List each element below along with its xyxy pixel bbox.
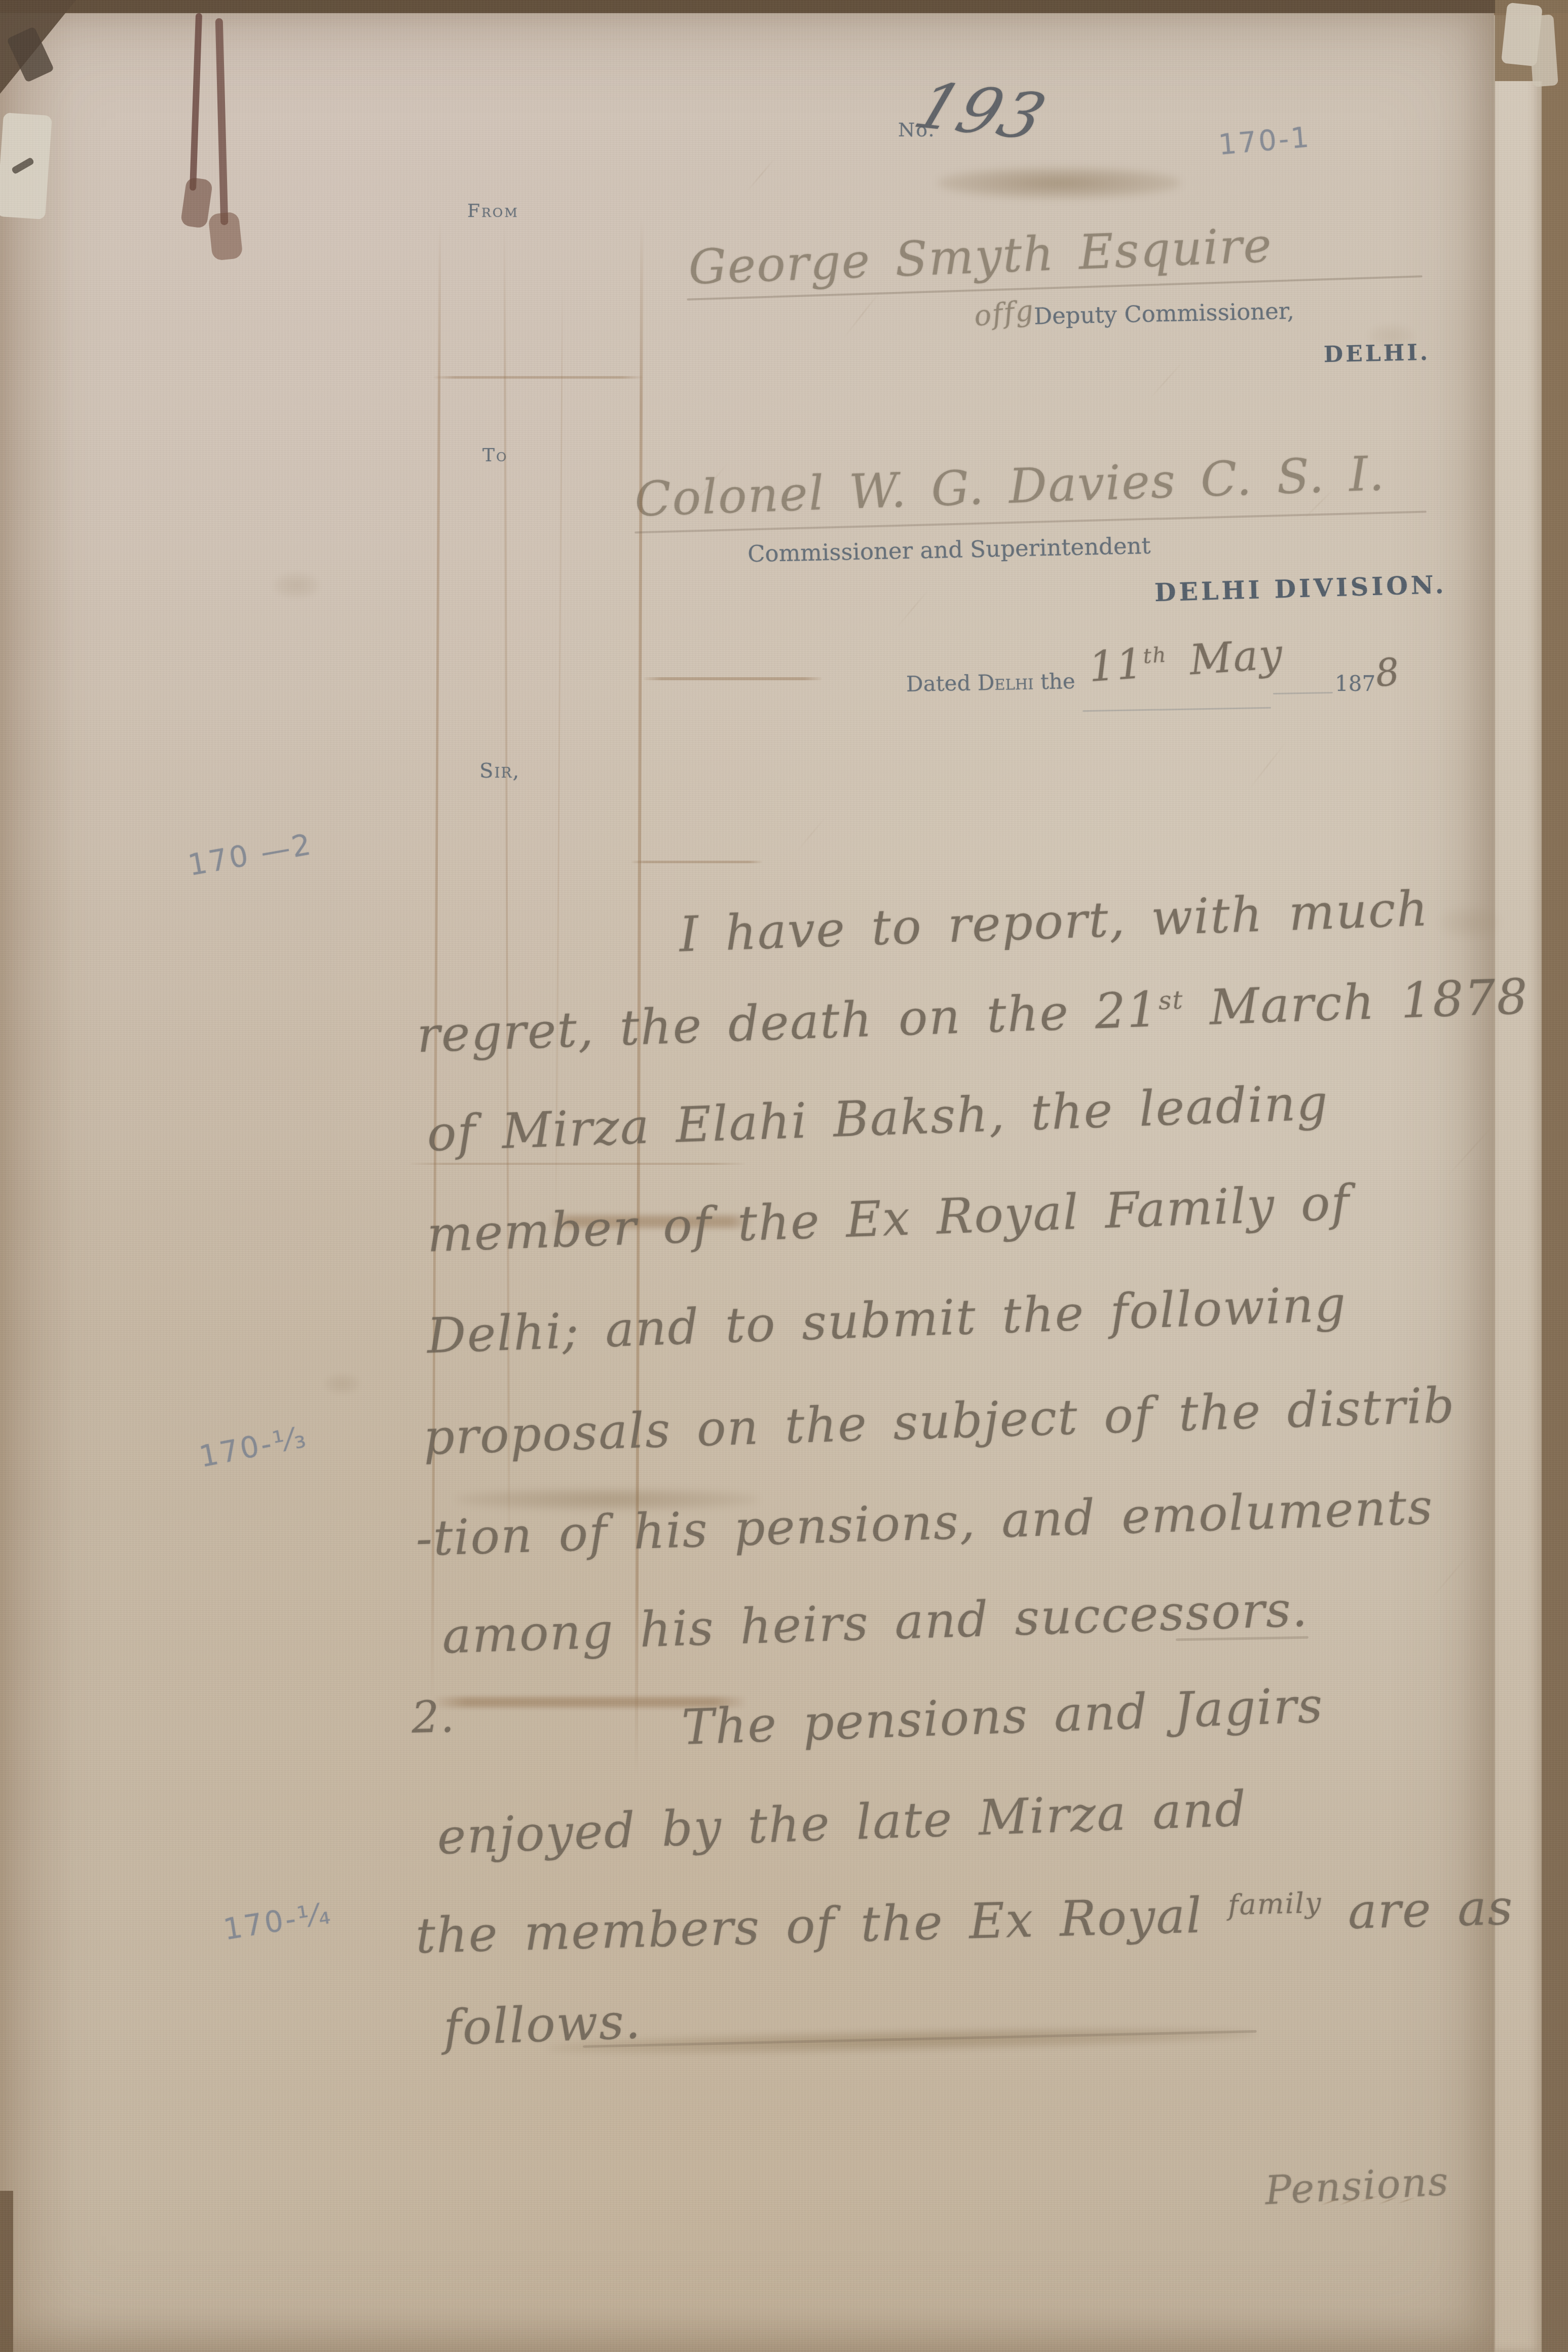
handwritten-line: follows. [442, 1993, 642, 2056]
sender-officiating-insert: offg [973, 294, 1036, 333]
handwritten-text: are as [1322, 1879, 1514, 1941]
handwritten-text: st [1158, 985, 1184, 1015]
handwritten-line: 2. [411, 1692, 456, 1743]
stain [1368, 324, 1414, 348]
stain [324, 1374, 360, 1394]
salutation: Sir, [479, 759, 520, 783]
written-year-digit: 8 [1373, 650, 1403, 696]
handwritten-text: March 1878 [1183, 968, 1529, 1037]
handwritten-text: 2. [411, 1692, 456, 1743]
dated-line: Dated Delhi the [906, 669, 1075, 696]
under-sheet-edge [1494, 15, 1542, 2352]
crease-segment [631, 861, 762, 863]
dated-the: the [1033, 669, 1075, 694]
torn-paper-patch [208, 211, 243, 261]
stain [274, 573, 319, 598]
date-ordinal: th [1142, 642, 1168, 668]
sender-title: Deputy Commissioner, [1034, 298, 1295, 330]
backing-board-top-edge [0, 0, 1568, 13]
crease-segment [644, 677, 822, 680]
date-day: 11 [1087, 640, 1145, 691]
printed-year: 187 [1335, 671, 1375, 696]
dated-place: Delhi [977, 670, 1034, 695]
handwritten-text: follows. [442, 1993, 642, 2056]
catchword: Pensions [1264, 2159, 1450, 2214]
crease-segment [434, 376, 643, 379]
handwritten-text: family [1227, 1887, 1322, 1922]
document-scan: No. 193 From George Smyth Esquire offg D… [0, 0, 1568, 2352]
letter-number: 193 [906, 68, 1056, 154]
left-fold-shading [0, 12, 76, 2352]
crease-segment [410, 1163, 745, 1165]
from-label: From [467, 201, 519, 222]
stain [1439, 907, 1500, 938]
torn-paper-patch [0, 2191, 13, 2352]
dated-word: Dated [906, 670, 978, 696]
torn-paper-patch [1528, 14, 1558, 87]
date-month: May [1166, 630, 1285, 686]
stain [938, 167, 1181, 199]
